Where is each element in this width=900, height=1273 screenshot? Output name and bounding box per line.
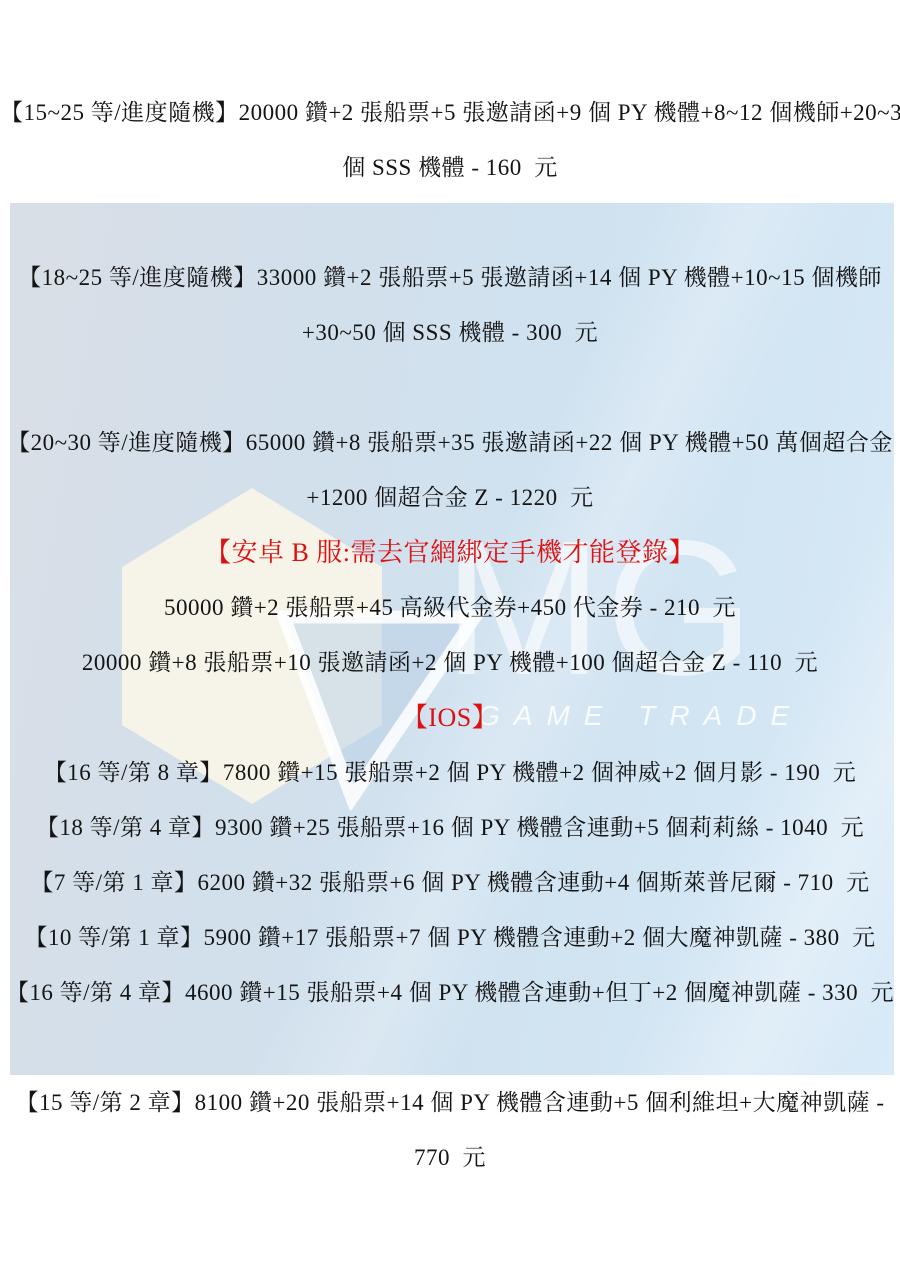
offer-line: 【16 等/第 4 章】4600 鑽+15 張船票+4 個 PY 機體含連動+但… [0,965,900,1020]
heading-ios: 【IOS】 [0,690,900,745]
blank-line [0,1020,900,1075]
offer-line: 【18~25 等/進度隨機】33000 鑽+2 張船票+5 張邀請函+14 個 … [0,250,900,305]
offer-line: 【16 等/第 8 章】7800 鑽+15 張船票+2 個 PY 機體+2 個神… [0,745,900,800]
offer-line: +30~50 個 SSS 機體 - 300 元 [0,305,900,360]
offer-line: 【15 等/第 2 章】8100 鑽+20 張船票+14 個 PY 機體含連動+… [0,1075,900,1130]
offer-line: 50000 鑽+2 張船票+45 高級代金券+450 代金券 - 210 元 [0,580,900,635]
offer-line: 【10 等/第 1 章】5900 鑽+17 張船票+7 個 PY 機體含連動+2… [0,910,900,965]
blank-line [0,195,900,250]
heading-android-b-server: 【安卓 B 服:需去官網綁定手機才能登錄】 [0,525,900,580]
offer-line: 20000 鑽+8 張船票+10 張邀請函+2 個 PY 機體+100 個超合金… [0,635,900,690]
offer-line: 【15~25 等/進度隨機】20000 鑽+2 張船票+5 張邀請函+9 個 P… [0,85,900,140]
price-list-document: MG GAME TRADE 【15~25 等/進度隨機】20000 鑽+2 張船… [0,0,900,1273]
offer-line: 【18 等/第 4 章】9300 鑽+25 張船票+16 個 PY 機體含連動+… [0,800,900,855]
blank-line [0,360,900,415]
offer-line: 個 SSS 機體 - 160 元 [0,140,900,195]
offer-line: 770 元 [0,1130,900,1185]
offer-list: 【15~25 等/進度隨機】20000 鑽+2 張船票+5 張邀請函+9 個 P… [0,85,900,1185]
offer-line: 【7 等/第 1 章】6200 鑽+32 張船票+6 個 PY 機體含連動+4 … [0,855,900,910]
offer-line: 【20~30 等/進度隨機】65000 鑽+8 張船票+35 張邀請函+22 個… [0,415,900,470]
offer-line: +1200 個超合金 Z - 1220 元 [0,470,900,525]
